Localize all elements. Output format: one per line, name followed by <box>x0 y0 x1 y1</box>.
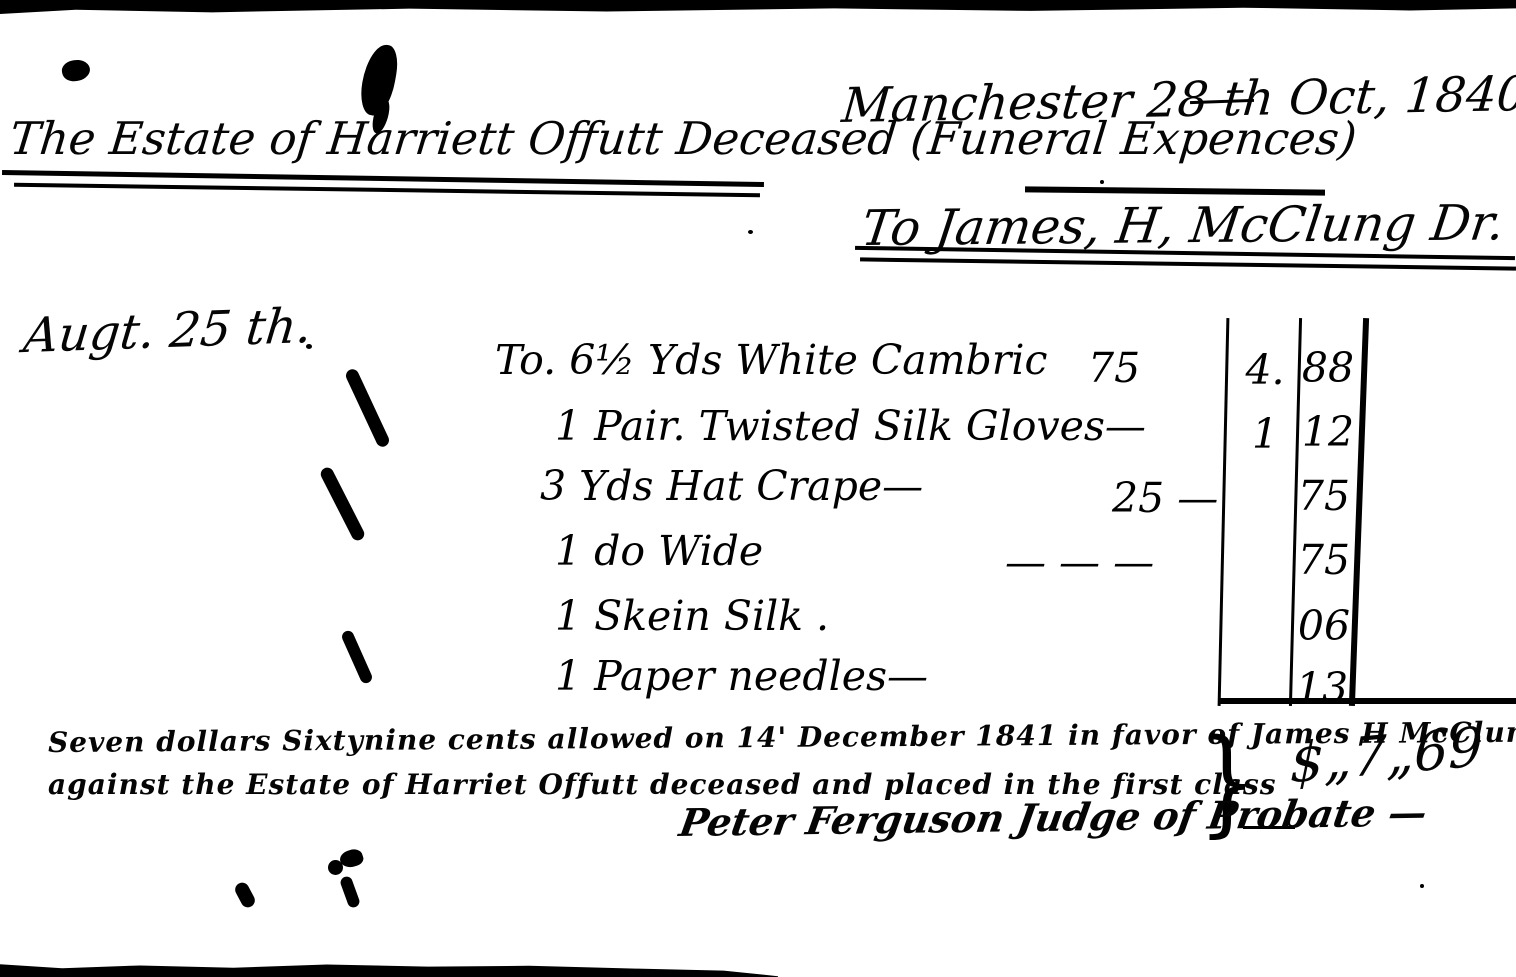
amount-dollars: 1 <box>1236 410 1294 458</box>
ledger-column-line <box>1218 318 1230 706</box>
ledger-bottom-line <box>1220 698 1516 704</box>
amount-dollars: 4. <box>1236 346 1294 394</box>
amount-cents: 75 <box>1296 536 1352 584</box>
amount-cents: 06 <box>1296 602 1352 650</box>
ink-speck <box>339 875 361 909</box>
amount-cents: 12 <box>1300 408 1356 456</box>
signature-line: Peter Ferguson Judge of Probate — <box>676 790 1430 846</box>
ink-speck <box>233 880 258 910</box>
amount-cents: 13 <box>1294 664 1350 712</box>
item-description: 1 Pair. Twisted Silk Gloves— <box>555 402 1146 450</box>
item-description: 1 Skein Silk . <box>555 592 829 640</box>
ink-speck <box>1100 180 1104 184</box>
item-unit-price: 75 <box>1088 344 1140 392</box>
amount-cents: 75 <box>1296 472 1352 520</box>
scan-bottom-edge <box>0 961 778 977</box>
item-description: To. 6½ Yds White Cambric <box>495 336 1047 384</box>
item-description: 1 Paper needles— <box>555 652 928 700</box>
pen-stroke <box>340 629 374 685</box>
page-title: The Estate of Harriett Offutt Deceased (… <box>7 112 1359 165</box>
item-unit-price: 25 — <box>1112 474 1218 522</box>
amount-cents: 88 <box>1300 344 1356 392</box>
ink-speck <box>748 230 753 234</box>
debtor-underline <box>860 257 1516 270</box>
ink-speck <box>328 860 343 875</box>
title-underline <box>1025 186 1325 195</box>
item-description: 3 Yds Hat Crape— <box>540 462 923 510</box>
pen-stroke <box>344 367 391 449</box>
item-unit-price: — — — <box>1005 538 1154 586</box>
scanned-receipt-page: Manchester 28 th Oct, 1840 — The Estate … <box>0 0 1516 977</box>
ink-blot <box>60 57 92 83</box>
pen-stroke <box>319 465 367 542</box>
item-description: 1 do Wide <box>555 527 763 575</box>
ink-speck <box>1420 884 1424 888</box>
scan-top-edge <box>0 0 1516 14</box>
entry-date: Augt. 25 th. <box>21 298 315 364</box>
